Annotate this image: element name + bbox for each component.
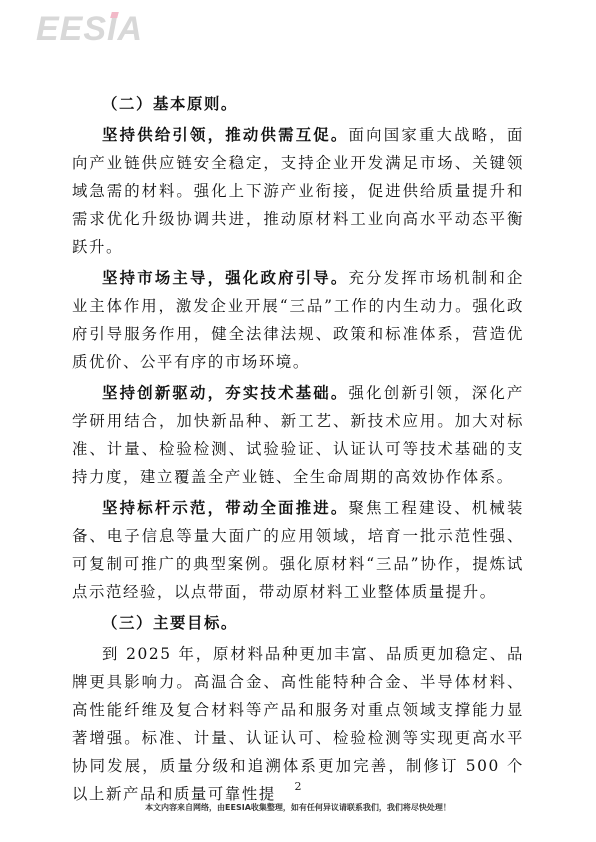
paragraph-lead: 坚持创新驱动，夯实技术基础。: [102, 384, 349, 402]
section-heading-basic-principles: （二）基本原则。: [72, 90, 524, 118]
paragraph-innovation-driven: 坚持创新驱动，夯实技术基础。强化创新引领，深化产学研用结合，加快新品种、新工艺、…: [72, 379, 524, 491]
paragraph-market-led: 坚持市场主导，强化政府引导。充分发挥市场机制和企业主体作用，激发企业开展“三品”…: [72, 264, 524, 376]
section-heading-main-goals: （三）主要目标。: [72, 609, 524, 637]
paragraph-body: 面向国家重大战略，面向产业链供应链安全稳定，支持企业开发满足市场、关键领域急需的…: [72, 126, 524, 256]
paragraph-lead: 坚持市场主导，强化政府引导。: [102, 269, 349, 287]
page-number: 2: [0, 780, 596, 793]
paragraph-supply-guidance: 坚持供给引领，推动供需互促。面向国家重大战略，面向产业链供应链安全稳定，支持企业…: [72, 121, 524, 261]
paragraph-lead: 坚持标杆示范，带动全面推进。: [102, 499, 349, 517]
document-body: （二）基本原则。 坚持供给引领，推动供需互促。面向国家重大战略，面向产业链供应链…: [72, 90, 524, 811]
paragraph-benchmark-demo: 坚持标杆示范，带动全面推进。聚焦工程建设、机械装备、电子信息等量大面广的应用领域…: [72, 494, 524, 606]
footer-disclaimer: 本文内容来自网络，由EESIA收集整理，如有任何异议请联系我们，我们将尽快处理！: [0, 802, 596, 813]
eesia-logo: EESIA: [36, 10, 143, 49]
paragraph-lead: 坚持供给引领，推动供需互促。: [102, 126, 349, 144]
